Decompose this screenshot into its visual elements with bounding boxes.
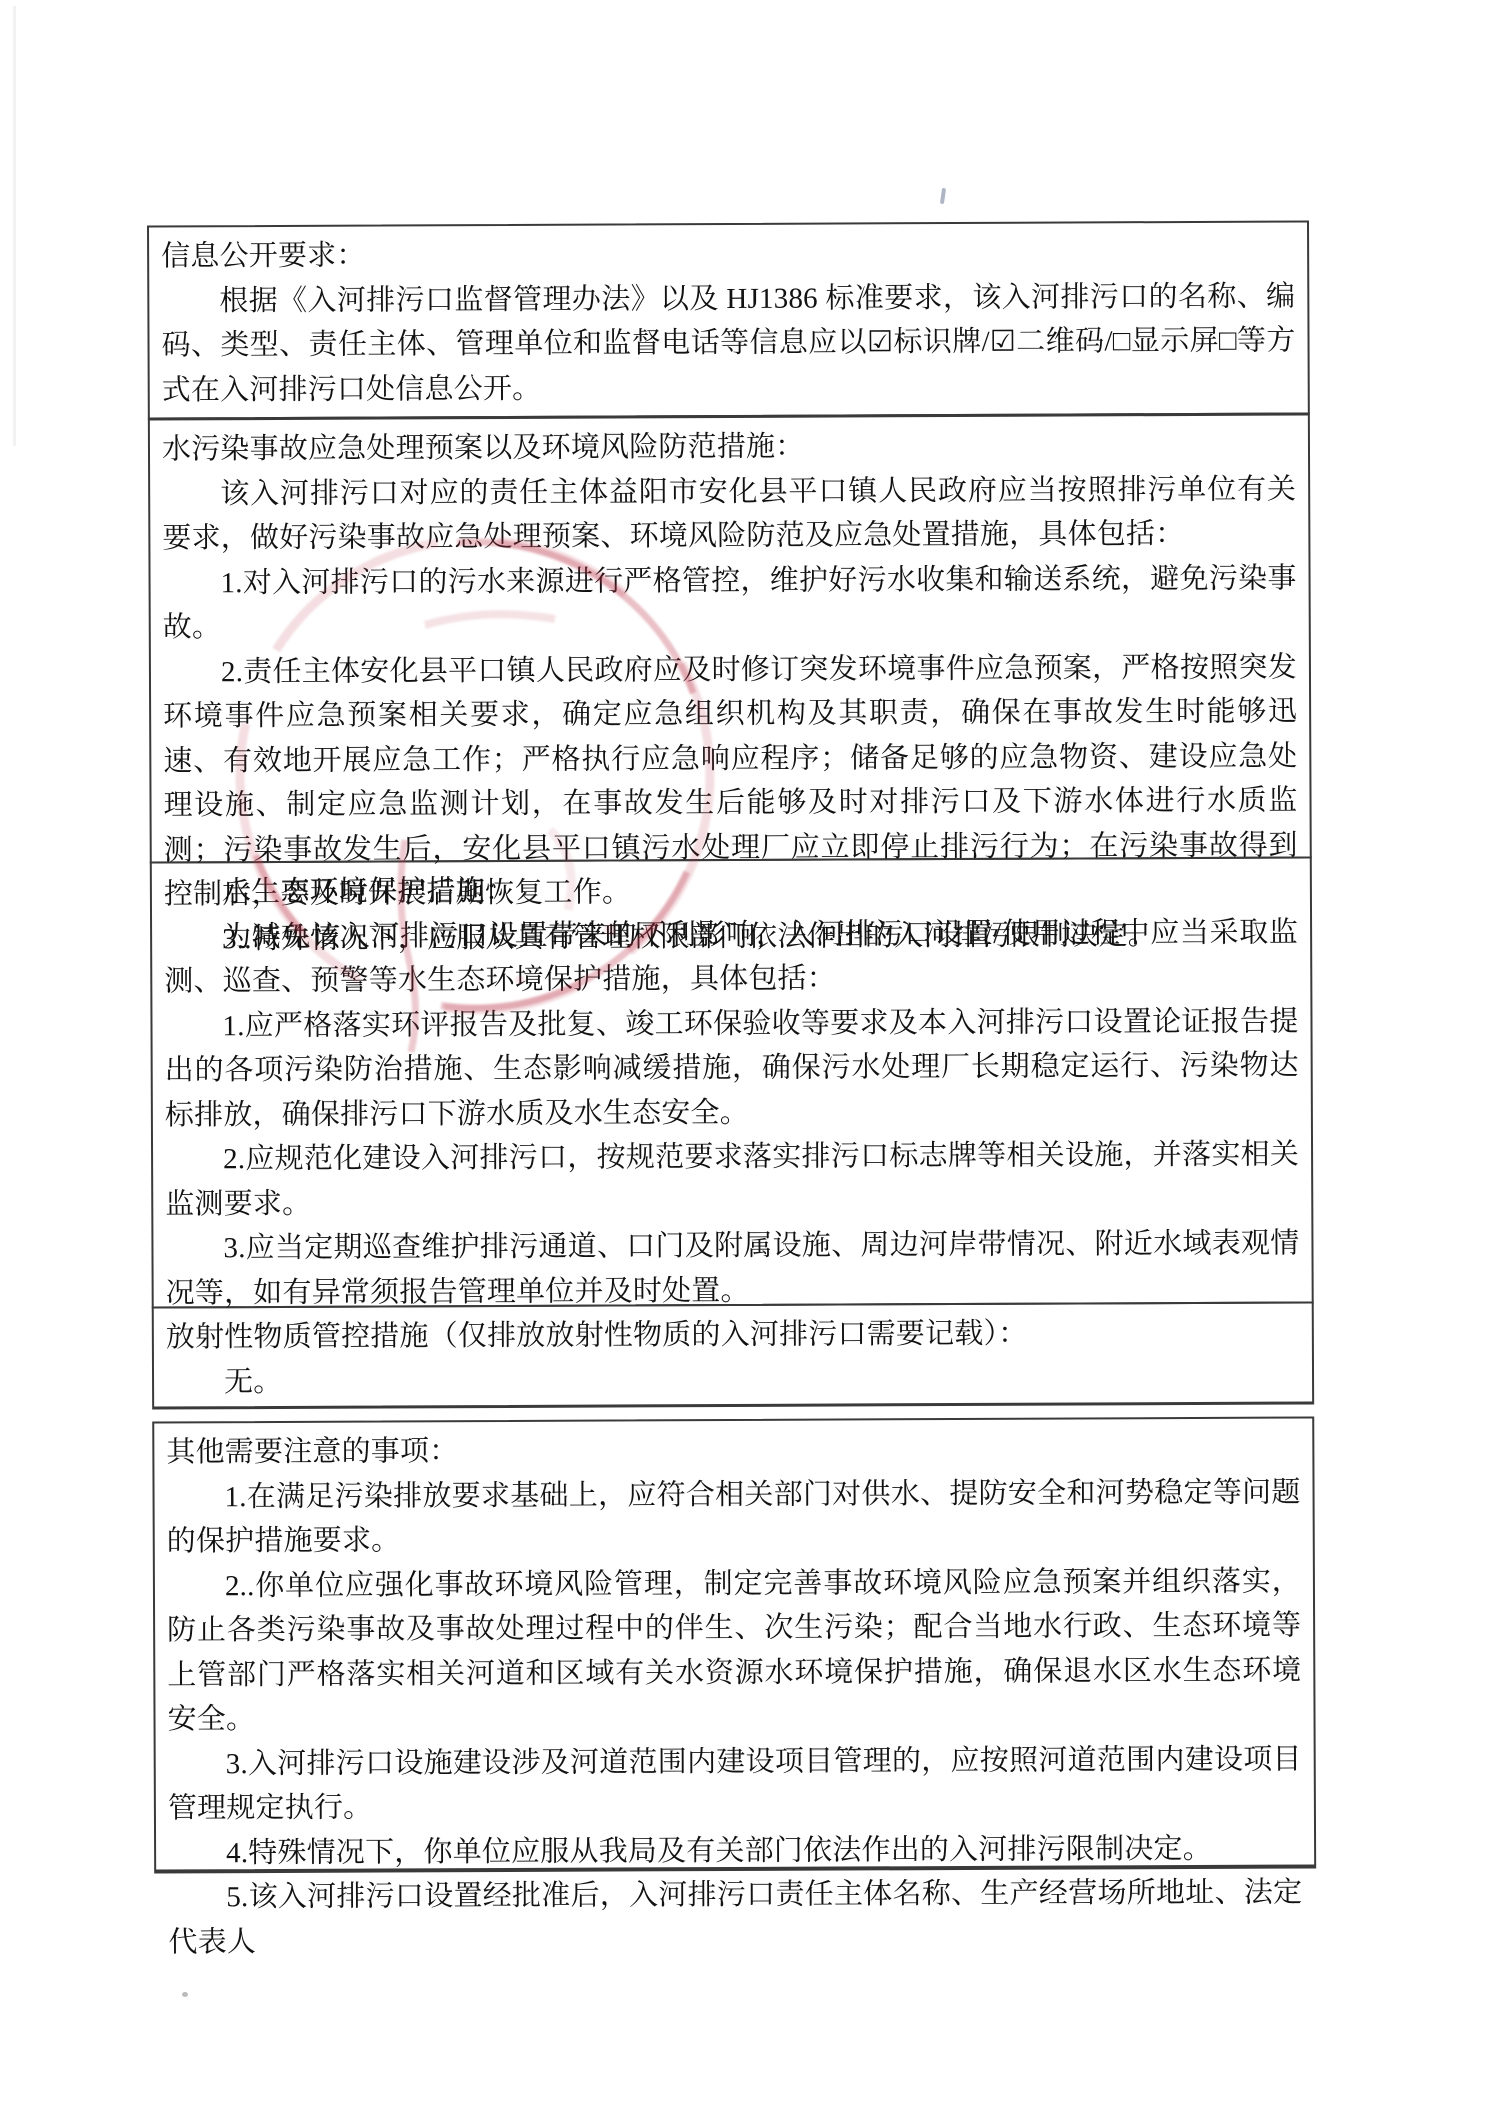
section-paragraphs: 为减免该入河排污口设置带来的不利影响，入河排污口设置/使用过程中应当采取监测、巡… — [164, 910, 1300, 1315]
paragraph: 1.对入河排污口的污水来源进行严格管控，维护好污水收集和输送系统，避免污染事故。 — [162, 556, 1296, 650]
section-title: 水生态环境保护措施： — [164, 866, 1298, 915]
section-title: 其他需要注意的事项： — [166, 1426, 1300, 1475]
paragraph: 2.应规范化建设入河排污口，按规范要求落实排污口标志牌等相关设施，并落实相关监测… — [165, 1133, 1299, 1227]
section-radioactive-substance-control: 放射性物质管控措施（仅排放放射性物质的入河排污口需要记载）： 无。 — [152, 1301, 1314, 1409]
paragraph: 2..你单位应强化事故环境风险管理，制定完善事故环境风险应急预案并组织落实，防止… — [167, 1559, 1302, 1742]
section-pollution-accident-emergency-plan: 水污染事故应急处理预案以及环境风险防范措施： 该入河排污口对应的责任主体益阳市安… — [148, 412, 1312, 863]
section-title: 水污染事故应急处理预案以及环境风险防范措施： — [162, 423, 1296, 472]
paragraph: 3.入河排污口设施建设涉及河道范围内建设项目管理的，应按照河道范围内建设项目管理… — [168, 1737, 1302, 1831]
scanned-document-page: 信息公开要求： 根据《入河排污口监督管理办法》以及 HJ1386 标准要求，该入… — [0, 0, 1487, 2102]
section-paragraphs: 根据《入河排污口监督管理办法》以及 HJ1386 标准要求，该入河排污口的名称、… — [161, 274, 1296, 412]
paragraph: 4.特殊情况下，你单位应服从我局及有关部门依法作出的入河排污限制决定。 — [168, 1826, 1302, 1875]
paragraph: 根据《入河排污口监督管理办法》以及 HJ1386 标准要求，该入河排污口的名称、… — [161, 274, 1296, 412]
paragraph: 无。 — [166, 1355, 1300, 1404]
paragraph: 该入河排污口对应的责任主体益阳市安化县平口镇人民政府应当按照排污单位有关要求，做… — [162, 467, 1296, 561]
section-other-notes: 其他需要注意的事项： 1.在满足污染排放要求基础上，应符合相关部门对供水、提防安… — [152, 1416, 1316, 1873]
section-paragraphs: 无。 — [166, 1355, 1300, 1404]
scan-artifact-dot — [182, 1992, 188, 1997]
section-paragraphs: 1.在满足污染排放要求基础上，应符合相关部门对供水、提防安全和河势稳定等问题的保… — [166, 1470, 1302, 1964]
section-water-ecology-protection: 水生态环境保护措施： 为减免该入河排污口设置带来的不利影响，入河排污口设置/使用… — [150, 856, 1314, 1308]
paragraph: 1.在满足污染排放要求基础上，应符合相关部门对供水、提防安全和河势稳定等问题的保… — [166, 1470, 1300, 1564]
section-title: 放射性物质管控措施（仅排放放射性物质的入河排污口需要记载）： — [166, 1311, 1300, 1360]
section-information-disclosure: 信息公开要求： 根据《入河排污口监督管理办法》以及 HJ1386 标准要求，该入… — [147, 220, 1310, 419]
requirements-table: 信息公开要求： 根据《入河排污口监督管理办法》以及 HJ1386 标准要求，该入… — [147, 220, 1316, 1873]
scan-artifact-edge-line — [13, 6, 16, 446]
paragraph: 5.该入河排污口设置经批准后，入河排污口责任主体名称、生产经营场所地址、法定代表… — [168, 1871, 1302, 1965]
paragraph: 1.应严格落实环评报告及批复、竣工环保验收等要求及本入河排污口设置论证报告提出的… — [164, 999, 1299, 1137]
scan-artifact-tick — [940, 188, 946, 204]
section-title: 信息公开要求： — [161, 230, 1295, 279]
